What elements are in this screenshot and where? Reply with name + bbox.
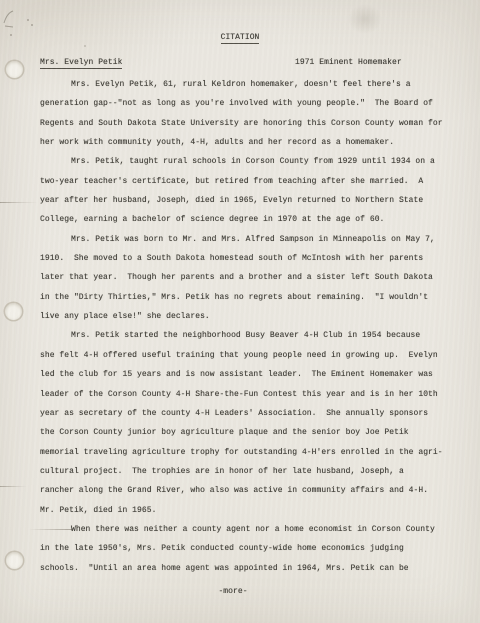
text-line: her work with community youth, 4-H, adul… bbox=[40, 133, 444, 152]
text-line: When there was neither a county agent no… bbox=[40, 520, 444, 539]
document-title-text: CITATION bbox=[221, 33, 260, 44]
text-line: schools. "Until an area home agent was a… bbox=[40, 559, 444, 578]
text-line: Mrs. Evelyn Petik, 61, rural Keldron hom… bbox=[40, 75, 444, 94]
text-line: year after her husband, Joseph, died in … bbox=[40, 191, 444, 210]
text-line: in the "Dirty Thirties," Mrs. Petik has … bbox=[40, 288, 444, 307]
text-line: cultural project. The trophies are in ho… bbox=[40, 462, 444, 481]
text-line: she felt 4-H offered useful training tha… bbox=[40, 346, 444, 365]
scanned-page: CITATION Mrs. Evelyn Petik 1971 Eminent … bbox=[0, 0, 480, 623]
text-line: 1910. She moved to a South Dakota homest… bbox=[40, 249, 444, 268]
text-line: Mrs. Petik was born to Mr. and Mrs. Alfr… bbox=[40, 230, 444, 249]
text-line: two-year teacher's certificate, but reti… bbox=[40, 172, 444, 191]
text-line: rancher along the Grand River, who also … bbox=[40, 481, 444, 500]
pencil-dot bbox=[84, 45, 86, 47]
subject-name-text: Mrs. Evelyn Petik bbox=[40, 58, 122, 69]
hole-punch-top bbox=[6, 61, 23, 78]
text-line: Mrs. Petik, taught rural schools in Cors… bbox=[40, 152, 444, 171]
text-line: the Corson County junior boy agriculture… bbox=[40, 423, 444, 442]
smudge-mark bbox=[348, 4, 382, 34]
hole-punch-middle bbox=[5, 303, 22, 320]
hole-punch-bottom bbox=[6, 552, 23, 569]
text-line: Mr. Petik, died in 1965. bbox=[40, 501, 444, 520]
text-line: live any place else!" she declares. bbox=[40, 307, 444, 326]
document-body: Mrs. Evelyn Petik, 61, rural Keldron hom… bbox=[40, 75, 444, 578]
page-continuation-marker: -more- bbox=[0, 587, 466, 596]
subject-name: Mrs. Evelyn Petik bbox=[40, 58, 122, 67]
text-line: year as secretary of the county 4-H Lead… bbox=[40, 404, 444, 423]
text-line: memorial traveling agriculture trophy fo… bbox=[40, 443, 444, 462]
text-line: leader of the Corson County 4-H Share-th… bbox=[40, 385, 444, 404]
pencil-dot bbox=[31, 24, 33, 26]
text-line: College, earning a bachelor of science d… bbox=[40, 210, 444, 229]
subject-designation: 1971 Eminent Homemaker bbox=[295, 58, 402, 67]
text-line: Regents and South Dakota State Universit… bbox=[40, 114, 444, 133]
text-line: later that year. Though her parents and … bbox=[40, 268, 444, 287]
document-title: CITATION bbox=[0, 33, 480, 42]
pencil-mark bbox=[1, 6, 23, 32]
text-line: led the club for 15 years and is now ass… bbox=[40, 365, 444, 384]
text-line: in the late 1950's, Mrs. Petik conducted… bbox=[40, 539, 444, 558]
text-line: generation gap--"not as long as you're i… bbox=[40, 94, 444, 113]
text-line: Mrs. Petik started the neighborhood Busy… bbox=[40, 326, 444, 345]
pencil-dot bbox=[27, 19, 29, 21]
stray-pencil-line bbox=[0, 486, 27, 487]
stray-pencil-line bbox=[0, 202, 38, 203]
